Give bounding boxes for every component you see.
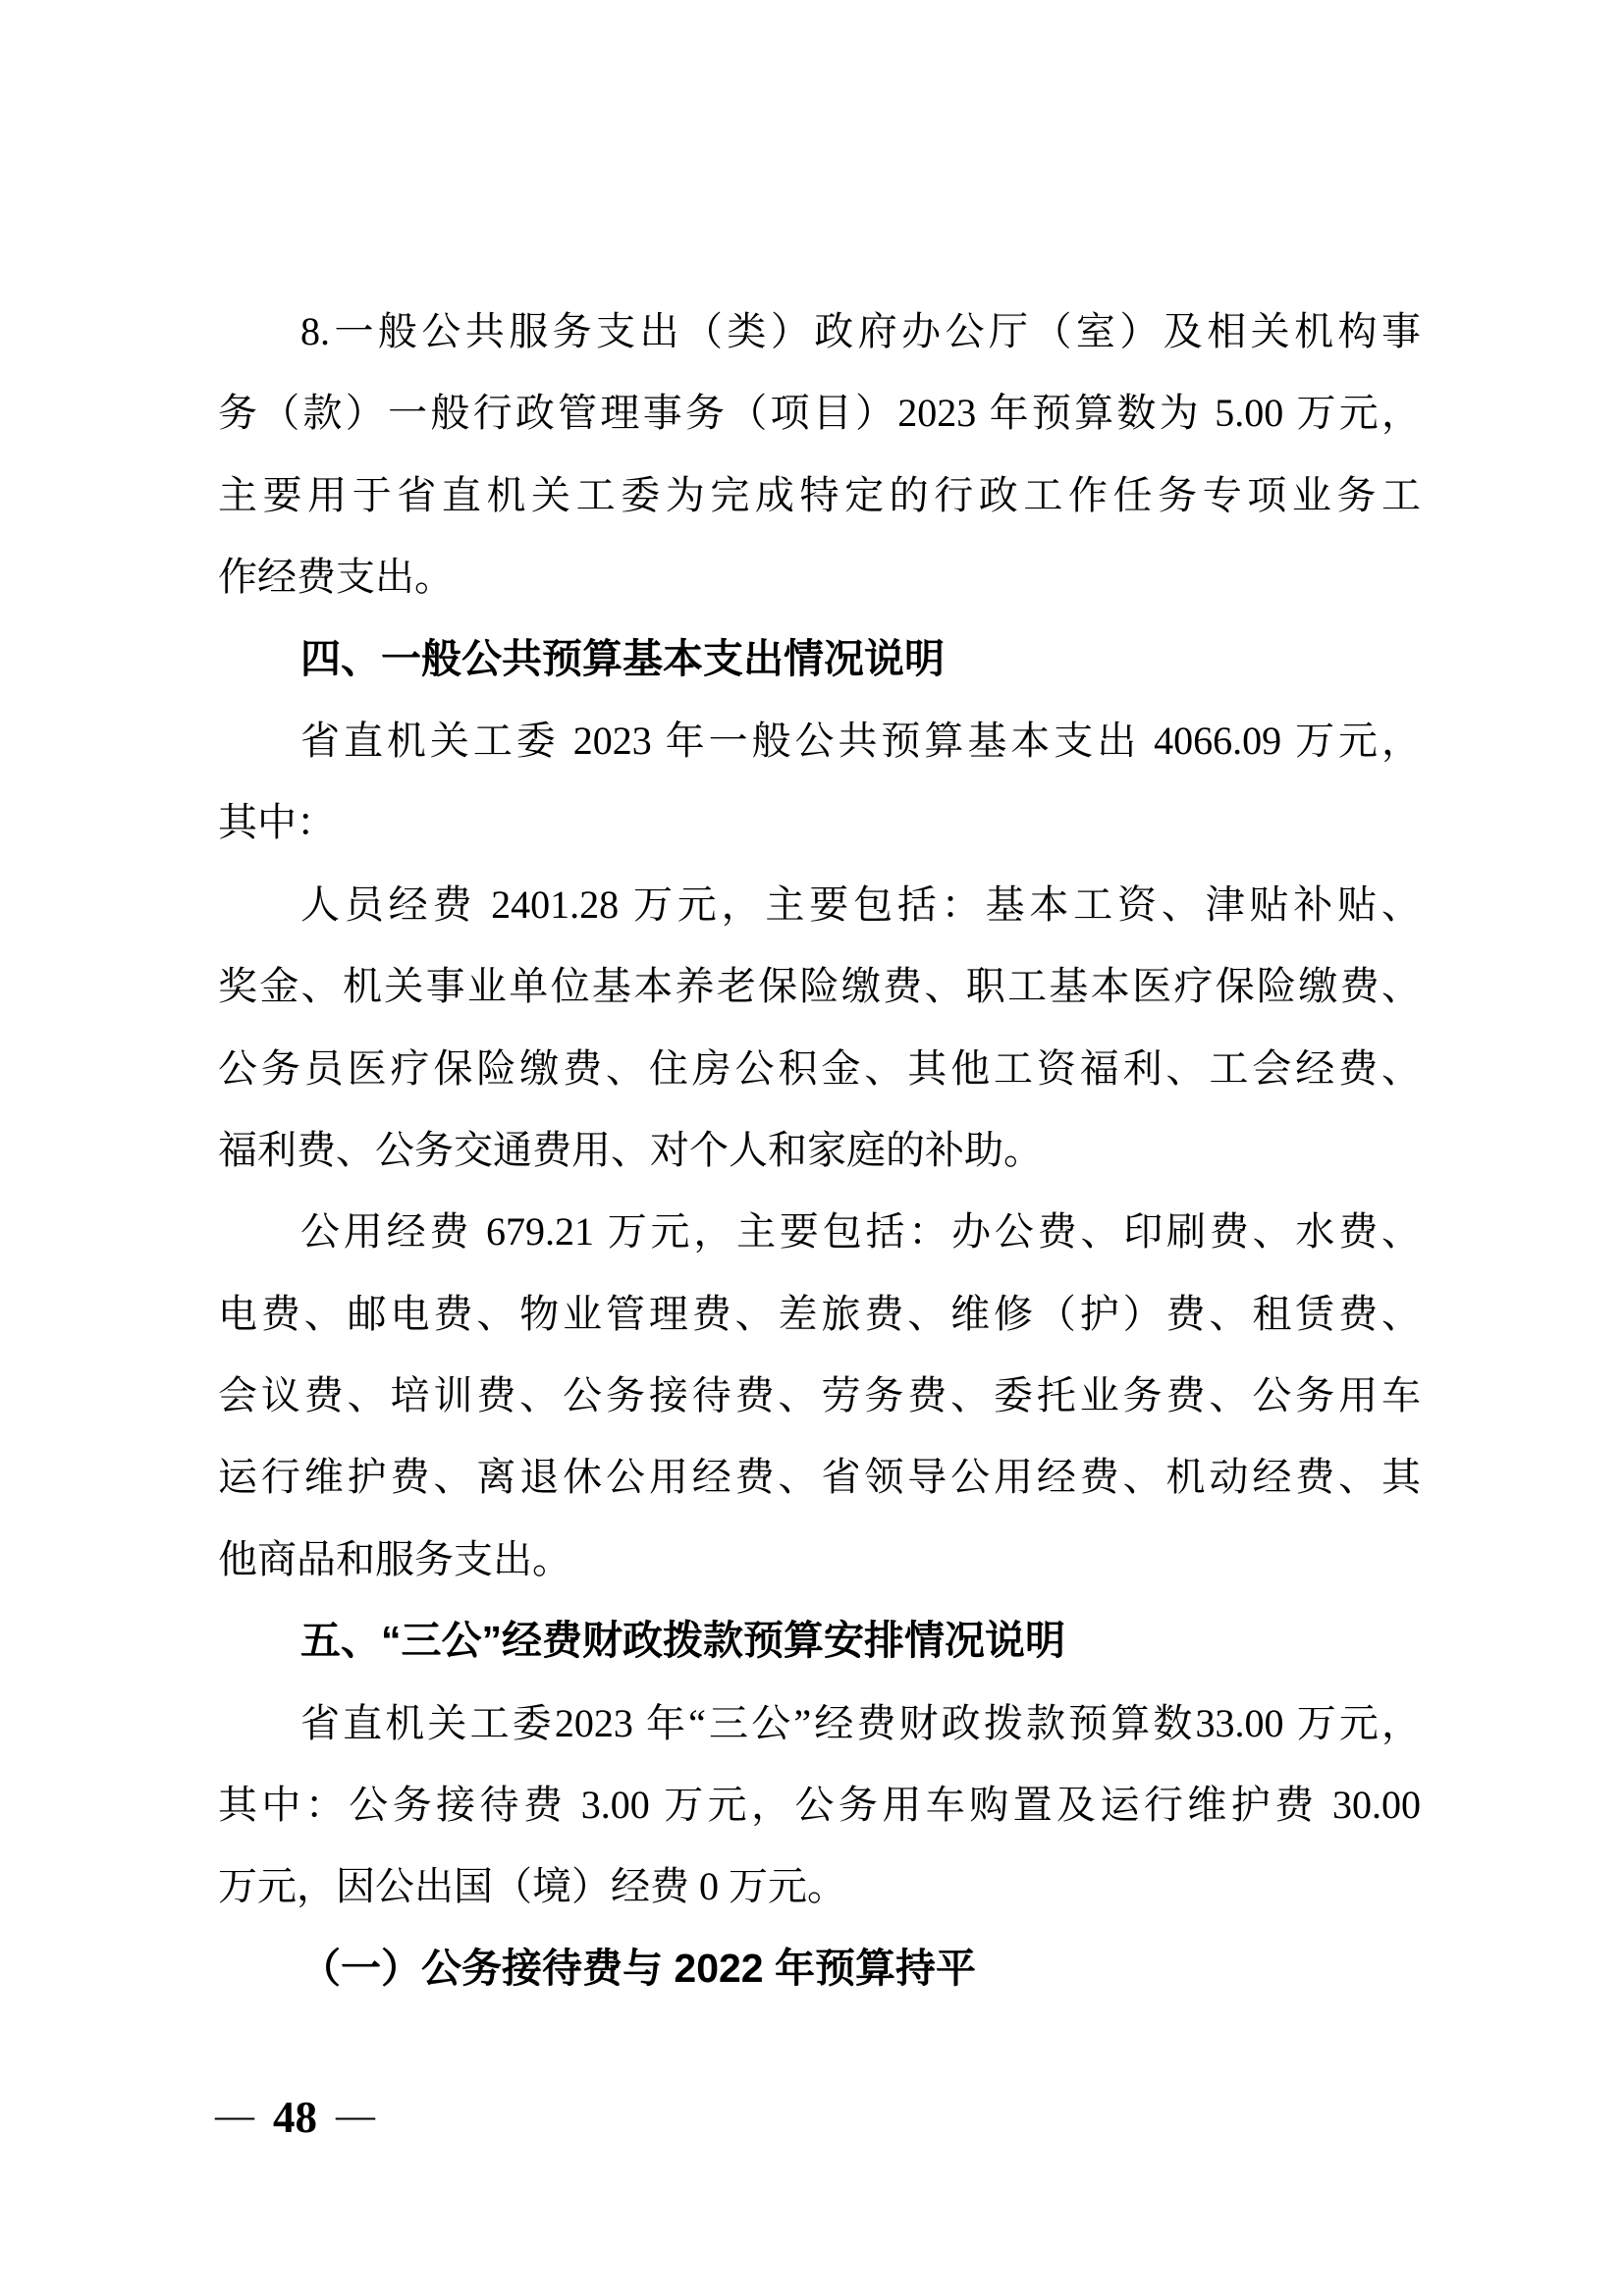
text-line: 省直机关工委2023 年“三公”经费财政拨款预算数33.00 万元， (218, 1682, 1421, 1764)
text-line: 公务员医疗保险缴费、住房公积金、其他工资福利、工会经费、 (218, 1028, 1421, 1109)
text-line: 8.一般公共服务支出（类）政府办公厅（室）及相关机构事 (218, 291, 1421, 372)
footer-left-dash: — (215, 2092, 254, 2138)
section-heading: 四、一般公共预算基本支出情况说明 (218, 618, 1421, 700)
text-line: 作经费支出。 (218, 536, 1421, 617)
footer-right-dash: — (336, 2092, 375, 2138)
page-number: 48 (273, 2092, 317, 2143)
text-line: 会议费、培训费、公务接待费、劳务费、委托业务费、公务用车 (218, 1355, 1421, 1436)
text-line: 奖金、机关事业单位基本养老保险缴费、职工基本医疗保险缴费、 (218, 945, 1421, 1027)
text-line: 务（款）一般行政管理事务（项目）2023 年预算数为 5.00 万元， (218, 372, 1421, 454)
text-line: 万元，因公出国（境）经费 0 万元。 (218, 1845, 1421, 1927)
text-line: 他商品和服务支出。 (218, 1519, 1421, 1600)
text-line: 省直机关工委 2023 年一般公共预算基本支出 4066.09 万元， (218, 700, 1421, 781)
text-line: 人员经费 2401.28 万元，主要包括：基本工资、津贴补贴、 (218, 864, 1421, 945)
text-line: 主要用于省直机关工委为完成特定的行政工作任务专项业务工 (218, 454, 1421, 536)
text-line: 电费、邮电费、物业管理费、差旅费、维修（护）费、租赁费、 (218, 1273, 1421, 1355)
document-content: 8.一般公共服务支出（类）政府办公厅（室）及相关机构事务（款）一般行政管理事务（… (218, 291, 1421, 2009)
text-line: 其中： (218, 781, 1421, 863)
section-heading: 五、“三公”经费财政拨款预算安排情况说明 (218, 1600, 1421, 1682)
section-heading: （一）公务接待费与 2022 年预算持平 (218, 1928, 1421, 2009)
text-line: 其中：公务接待费 3.00 万元，公务用车购置及运行维护费 30.00 (218, 1764, 1421, 1845)
text-line: 运行维护费、离退休公用经费、省领导公用经费、机动经费、其 (218, 1436, 1421, 1518)
text-line: 福利费、公务交通费用、对个人和家庭的补助。 (218, 1109, 1421, 1191)
page-footer: — 48 — (215, 2087, 375, 2148)
text-line: 公用经费 679.21 万元，主要包括：办公费、印刷费、水费、 (218, 1191, 1421, 1272)
document-page: 8.一般公共服务支出（类）政府办公厅（室）及相关机构事务（款）一般行政管理事务（… (0, 0, 1624, 2296)
